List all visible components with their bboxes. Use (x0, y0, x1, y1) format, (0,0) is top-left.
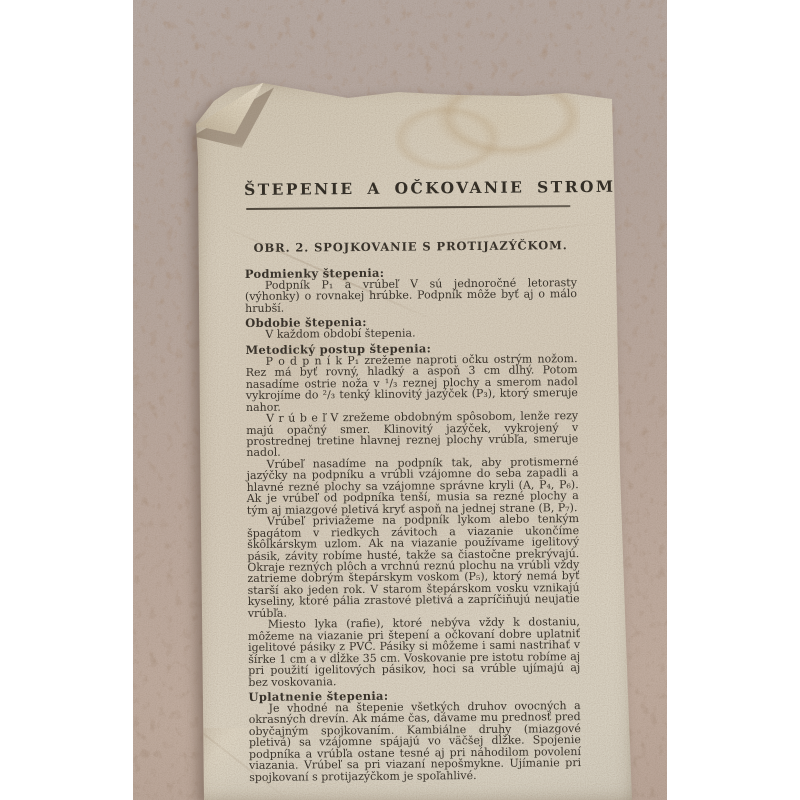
document-body: Podmienky štepenia: Podpník P₁ a vrúbeľ … (245, 265, 581, 783)
paragraph: Podpník P₁ a vrúbeľ V sú jednoročné leto… (245, 277, 577, 314)
figure-caption: OBR. 2. SPOJKOVANIE S PROTIJAZÝČKOM. (245, 238, 577, 255)
paragraph: Vrúbeľ priviažeme na podpník lykom alebo… (247, 513, 580, 619)
paragraph: P o d p n í k P₁ zrežeme naproti očku os… (246, 353, 578, 413)
paragraph: Je vhodné na štepenie všetkých druhov ov… (249, 700, 582, 783)
photo-frame: ŠTEPENIE A OČKOVANIE STROMOV OBR. 2. SPO… (0, 0, 800, 800)
paragraph: Vrúbeľ nasadíme na podpník tak, aby prot… (246, 456, 578, 516)
photograph: ŠTEPENIE A OČKOVANIE STROMOV OBR. 2. SPO… (133, 0, 667, 800)
paper-sheet: ŠTEPENIE A OČKOVANIE STROMOV OBR. 2. SPO… (190, 76, 634, 800)
paragraph: V každom období štepenia. (245, 326, 577, 340)
paragraph: V r ú b e ľ V zrežeme obdobným spôsobom,… (246, 410, 578, 459)
printed-page: ŠTEPENIE A OČKOVANIE STROMOV OBR. 2. SPO… (244, 177, 581, 783)
paragraph: Miesto lyka (rafie), ktoré nebýva vždy k… (248, 616, 581, 688)
document-title: ŠTEPENIE A OČKOVANIE STROMOV (244, 177, 576, 199)
water-stain (395, 78, 580, 170)
title-divider (246, 205, 570, 210)
paper-surface: ŠTEPENIE A OČKOVANIE STROMOV OBR. 2. SPO… (190, 76, 634, 800)
